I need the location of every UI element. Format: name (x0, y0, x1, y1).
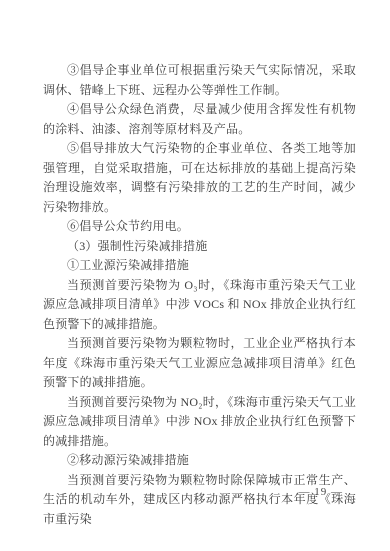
document-page: ③倡导企事业单位可根据重污染天气实际情况，采取调休、错峰上下班、远程办公等弹性工… (0, 0, 390, 551)
paragraph-no2-pollutant-measures: 当预测首要污染物为 NO₂时，《珠海市重污染天气工业源应急减排项目清单》中涉 N… (43, 393, 356, 452)
paragraph-guidance-green-consumption: ④倡导公众绿色消费，尽量减少使用含挥发性有机物的涂料、油漆、溶剂等原材料及产品。 (43, 100, 356, 139)
heading-mobile-source-measures: ②移动源污染减排措施 (43, 451, 356, 471)
heading-mandatory-reduction-measures: （3）强制性污染减排措施 (43, 237, 356, 257)
page-number: — 19 — (299, 486, 344, 498)
paragraph-ozone-pollutant-measures: 当预测首要污染物为 O₃时，《珠海市重污染天气工业源应急减排项目清单》中涉 VO… (43, 276, 356, 335)
paragraph-guidance-enterprise-management: ⑤倡导排放大气污染物的企事业单位、各类工地等加强管理，自觉采取措施，可在达标排放… (43, 139, 356, 217)
document-body: ③倡导企事业单位可根据重污染天气实际情况，采取调休、错峰上下班、远程办公等弹性工… (43, 61, 356, 529)
paragraph-guidance-save-electricity: ⑥倡导公众节约用电。 (43, 217, 356, 237)
paragraph-guidance-flexible-work: ③倡导企事业单位可根据重污染天气实际情况，采取调休、错峰上下班、远程办公等弹性工… (43, 61, 356, 100)
heading-industrial-source-measures: ①工业源污染减排措施 (43, 256, 356, 276)
paragraph-mobile-source-particulate: 当预测首要污染物为颗粒物时除保障城市正常生产、生活的机动车外，建成区内移动源严格… (43, 471, 356, 530)
paragraph-particulate-pollutant-measures: 当预测首要污染物为颗粒物时，工业企业严格执行本年度《珠海市重污染天气工业源应急减… (43, 334, 356, 393)
